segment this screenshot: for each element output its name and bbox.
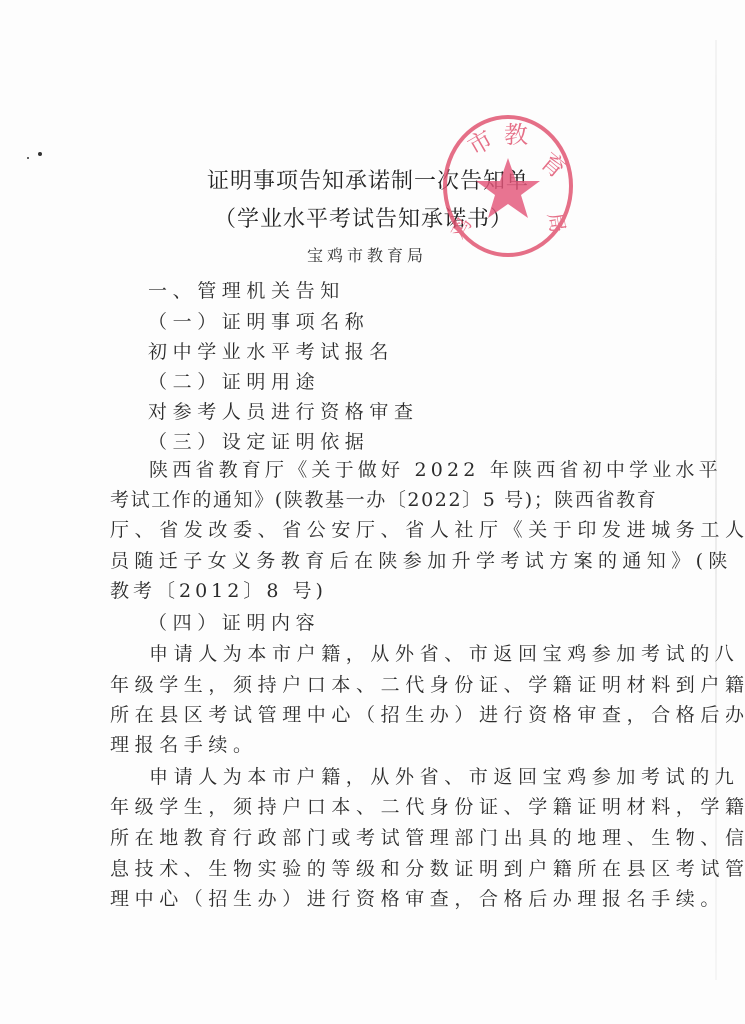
certificate-name: 初中学业水平考试报名 [148, 343, 394, 362]
official-seal-icon: 市 教 育 局 鸡 [440, 110, 576, 260]
paragraph-line: 教考〔2012〕8 号) [110, 582, 327, 601]
subsection-heading: （二）证明用途 [148, 373, 320, 392]
paragraph-line: 理报名手续。 [110, 736, 258, 755]
paragraph-line: 年级学生，须持户口本、二代身份证、学籍证明材料，学籍 [110, 798, 745, 817]
paragraph-line: 所在县区考试管理中心（招生办）进行资格审查，合格后办 [110, 706, 745, 725]
subsection-heading: （一）证明事项名称 [148, 313, 369, 332]
paragraph-line: 理中心（招生办）进行资格审查，合格后办理报名手续。 [110, 890, 725, 909]
certificate-purpose: 对参考人员进行资格审查 [148, 403, 419, 422]
section-heading: 一、管理机关告知 [148, 282, 345, 301]
paragraph-line: 申请人为本市户籍，从外省、市返回宝鸡参加考试的八 [149, 645, 739, 664]
svg-text:局: 局 [543, 211, 570, 235]
subsection-heading: （三）设定证明依据 [148, 433, 369, 452]
paragraph-line: 员随迁子女义务教育后在陕参加升学考试方案的通知》(陕 [110, 552, 733, 571]
svg-text:教: 教 [504, 121, 528, 149]
issuer-name: 宝鸡市教育局 [307, 248, 427, 264]
paragraph-line: 所在地教育行政部门或考试管理部门出具的地理、生物、信 [110, 829, 745, 848]
paragraph-line: 年级学生，须持户口本、二代身份证、学籍证明材料到户籍 [110, 676, 745, 695]
paragraph-line: 考试工作的通知》(陕教基一办〔2022〕5 号)；陕西省教育 [110, 491, 657, 510]
paragraph-line: 陕西省教育厅《关于做好 2022 年陕西省初中学业水平 [149, 461, 722, 480]
scan-speck [38, 152, 42, 156]
paragraph-line: 厅、省发改委、省公安厅、省人社厅《关于印发进城务工人 [110, 521, 745, 540]
svg-text:育: 育 [535, 147, 571, 184]
scan-speck [27, 157, 29, 159]
paragraph-line: 申请人为本市户籍，从外省、市返回宝鸡参加考试的九 [149, 768, 739, 787]
subsection-heading: （四）证明内容 [148, 614, 320, 633]
paragraph-line: 息技术、生物实验的等级和分数证明到户籍所在县区考试管 [110, 860, 745, 879]
document-page: 证明事项告知承诺制一次告知单 （学业水平考试告知承诺书） 宝鸡市教育局 市 教 … [0, 0, 745, 1024]
